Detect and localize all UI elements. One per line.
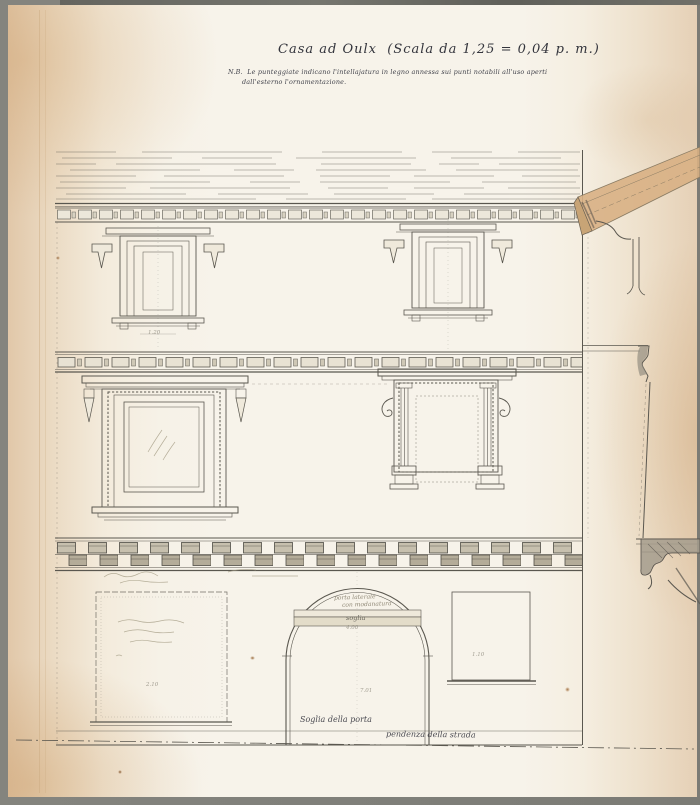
lower-corbel-band [55, 538, 582, 571]
roof-hatching [56, 152, 580, 199]
pencil-note-shop [116, 620, 184, 656]
pencil-note-window [148, 430, 175, 460]
nb-note-line2: dall'esterno l'ornamentazione. [242, 78, 346, 86]
mid-cornice-profile [583, 346, 649, 383]
scroll-bracket-right [499, 398, 510, 416]
right-ground-window [447, 592, 536, 685]
arch-band-label: soglia [346, 614, 365, 622]
nb-prefix: N.B. [228, 68, 243, 76]
eave-cornice [55, 204, 582, 223]
street-label: pendenza della strada [386, 729, 476, 739]
facade-edges [57, 150, 588, 745]
pencil-note-band [104, 569, 298, 583]
left-shop-opening [90, 592, 232, 726]
threshold-label: Soglia della porta [300, 715, 372, 724]
upper-left-window [92, 228, 224, 334]
wall-batter-line [643, 382, 650, 538]
main-right-window [378, 369, 516, 489]
drawing-title: Casa ad Oulx (Scala da 1,25 = 0,04 p. m.… [278, 42, 600, 57]
dimension-label: 1.20 [148, 330, 160, 336]
main-left-window [82, 376, 248, 520]
nb-text-2: dall'esterno l'ornamentazione. [242, 78, 346, 86]
dimension-label: 7.01 [360, 688, 372, 694]
nb-text-1: Le punteggiate indicano l'intellajatura … [247, 68, 547, 76]
dimension-label: 4.00 [346, 625, 358, 631]
elevation-drawing [0, 0, 700, 805]
title-text: Casa ad Oulx [278, 42, 377, 57]
street-slope-line [16, 740, 694, 749]
roof-beam-section [578, 147, 700, 231]
nb-note-line1: N.B. Le punteggiate indicano l'intellaja… [228, 68, 547, 76]
dimension-label: 2.10 [146, 682, 158, 688]
wall-section [574, 147, 700, 604]
dimension-label: 1.10 [472, 652, 484, 658]
title-scale: (Scala da 1,25 = 0,04 p. m.) [387, 42, 600, 57]
scroll-bracket-left [382, 398, 393, 416]
lower-cornice-profile [636, 539, 700, 604]
ground-lines [16, 731, 694, 749]
drawing-sheet: Casa ad Oulx (Scala da 1,25 = 0,04 p. m.… [0, 0, 700, 805]
